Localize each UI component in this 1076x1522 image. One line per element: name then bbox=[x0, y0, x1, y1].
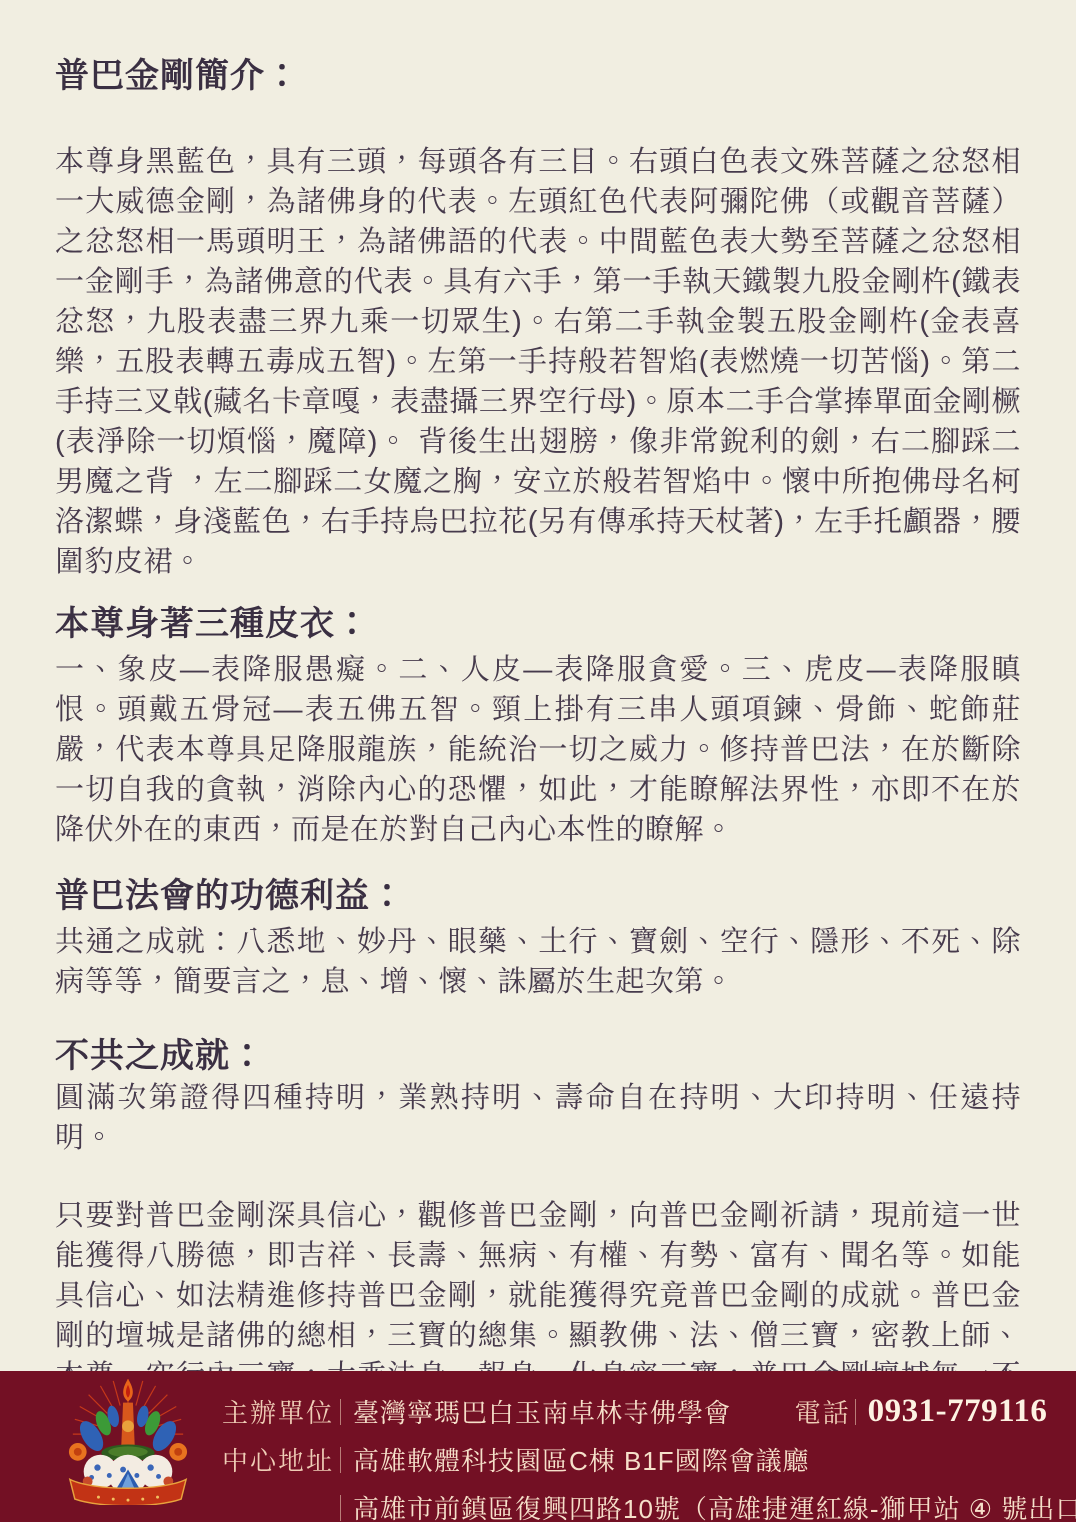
address-line-1: 高雄軟體科技園區C棟 B1F國際會議廳 bbox=[353, 1441, 810, 1478]
organizer-row: 主辦單位 臺灣寧瑪巴白玉南卓林寺佛學會 電話 0931-779116 bbox=[222, 1393, 1076, 1430]
phone-group: 電話 0931-779116 bbox=[795, 1393, 1048, 1430]
footer: 主辦單位 臺灣寧瑪巴白玉南卓林寺佛學會 電話 0931-779116 中心地址 … bbox=[0, 1371, 1076, 1522]
closing-body: 只要對普巴金剛深具信心，觀修普巴金剛，向普巴金剛祈請，現前這一世能獲得八勝德，即… bbox=[55, 1196, 1021, 1371]
torma-emblem-logo bbox=[52, 1377, 204, 1505]
flyer-page: 普巴金剛簡介： 本尊身黑藍色，具有三頭，每頭各有三目。右頭白色表文殊菩薩之忿怒相… bbox=[0, 0, 1076, 1522]
section-closing: 只要對普巴金剛深具信心，觀修普巴金剛，向普巴金剛祈請，現前這一世能獲得八勝德，即… bbox=[55, 1196, 1021, 1371]
address-row-1: 中心地址 高雄軟體科技園區C棟 B1F國際會議廳 bbox=[222, 1441, 1076, 1478]
separator-bar bbox=[340, 1447, 341, 1473]
organizer-label: 主辦單位 bbox=[222, 1393, 338, 1430]
intro-body: 本尊身黑藍色，具有三頭，每頭各有三目。右頭白色表文殊菩薩之忿怒相一大威德金剛，為… bbox=[55, 142, 1021, 582]
uncommon-body: 圓滿次第證得四種持明，業熟持明、壽命自在持明、大印持明、任遠持明。 bbox=[55, 1078, 1021, 1158]
robes-heading: 本尊身著三種皮衣： bbox=[55, 604, 1021, 644]
footer-text: 主辦單位 臺灣寧瑪巴白玉南卓林寺佛學會 電話 0931-779116 中心地址 … bbox=[222, 1371, 1076, 1522]
flyer-content: 普巴金剛簡介： 本尊身黑藍色，具有三頭，每頭各有三目。右頭白色表文殊菩薩之忿怒相… bbox=[0, 0, 1076, 1371]
section-robes: 本尊身著三種皮衣： 一、象皮—表降服愚癡。二、人皮—表降服貪愛。三、虎皮—表降服… bbox=[55, 604, 1021, 850]
section-benefits: 普巴法會的功德利益： 共通之成就：八悉地、妙丹、眼藥、土行、寶劍、空行、隱形、不… bbox=[55, 876, 1021, 1002]
robes-body: 一、象皮—表降服愚癡。二、人皮—表降服貪愛。三、虎皮—表降服瞋恨。頭戴五骨冠—表… bbox=[55, 650, 1021, 850]
benefits-heading: 普巴法會的功德利益： bbox=[55, 876, 1021, 916]
phone-number: 0931-779116 bbox=[868, 1393, 1048, 1430]
separator-bar bbox=[340, 1495, 341, 1521]
phone-label: 電話 bbox=[795, 1393, 851, 1430]
separator-bar bbox=[855, 1399, 856, 1425]
intro-heading: 普巴金剛簡介： bbox=[55, 56, 1021, 96]
torma-emblem-icon bbox=[52, 1377, 204, 1505]
section-uncommon: 不共之成就： 圓滿次第證得四種持明，業熟持明、壽命自在持明、大印持明、任遠持明。 bbox=[55, 1036, 1021, 1158]
organizer-value: 臺灣寧瑪巴白玉南卓林寺佛學會 bbox=[353, 1393, 731, 1430]
benefits-body: 共通之成就：八悉地、妙丹、眼藥、土行、寶劍、空行、隱形、不死、除病等等，簡要言之… bbox=[55, 922, 1021, 1002]
section-intro: 普巴金剛簡介： 本尊身黑藍色，具有三頭，每頭各有三目。右頭白色表文殊菩薩之忿怒相… bbox=[55, 56, 1021, 582]
separator-bar bbox=[340, 1399, 341, 1425]
uncommon-heading: 不共之成就： bbox=[55, 1036, 1021, 1076]
address-label: 中心地址 bbox=[222, 1441, 338, 1478]
address-line-2: 高雄市前鎮區復興四路10號（高雄捷運紅線-獅甲站 ④ 號出口） bbox=[353, 1489, 1076, 1522]
address-row-2: 高雄市前鎮區復興四路10號（高雄捷運紅線-獅甲站 ④ 號出口） bbox=[222, 1489, 1076, 1522]
